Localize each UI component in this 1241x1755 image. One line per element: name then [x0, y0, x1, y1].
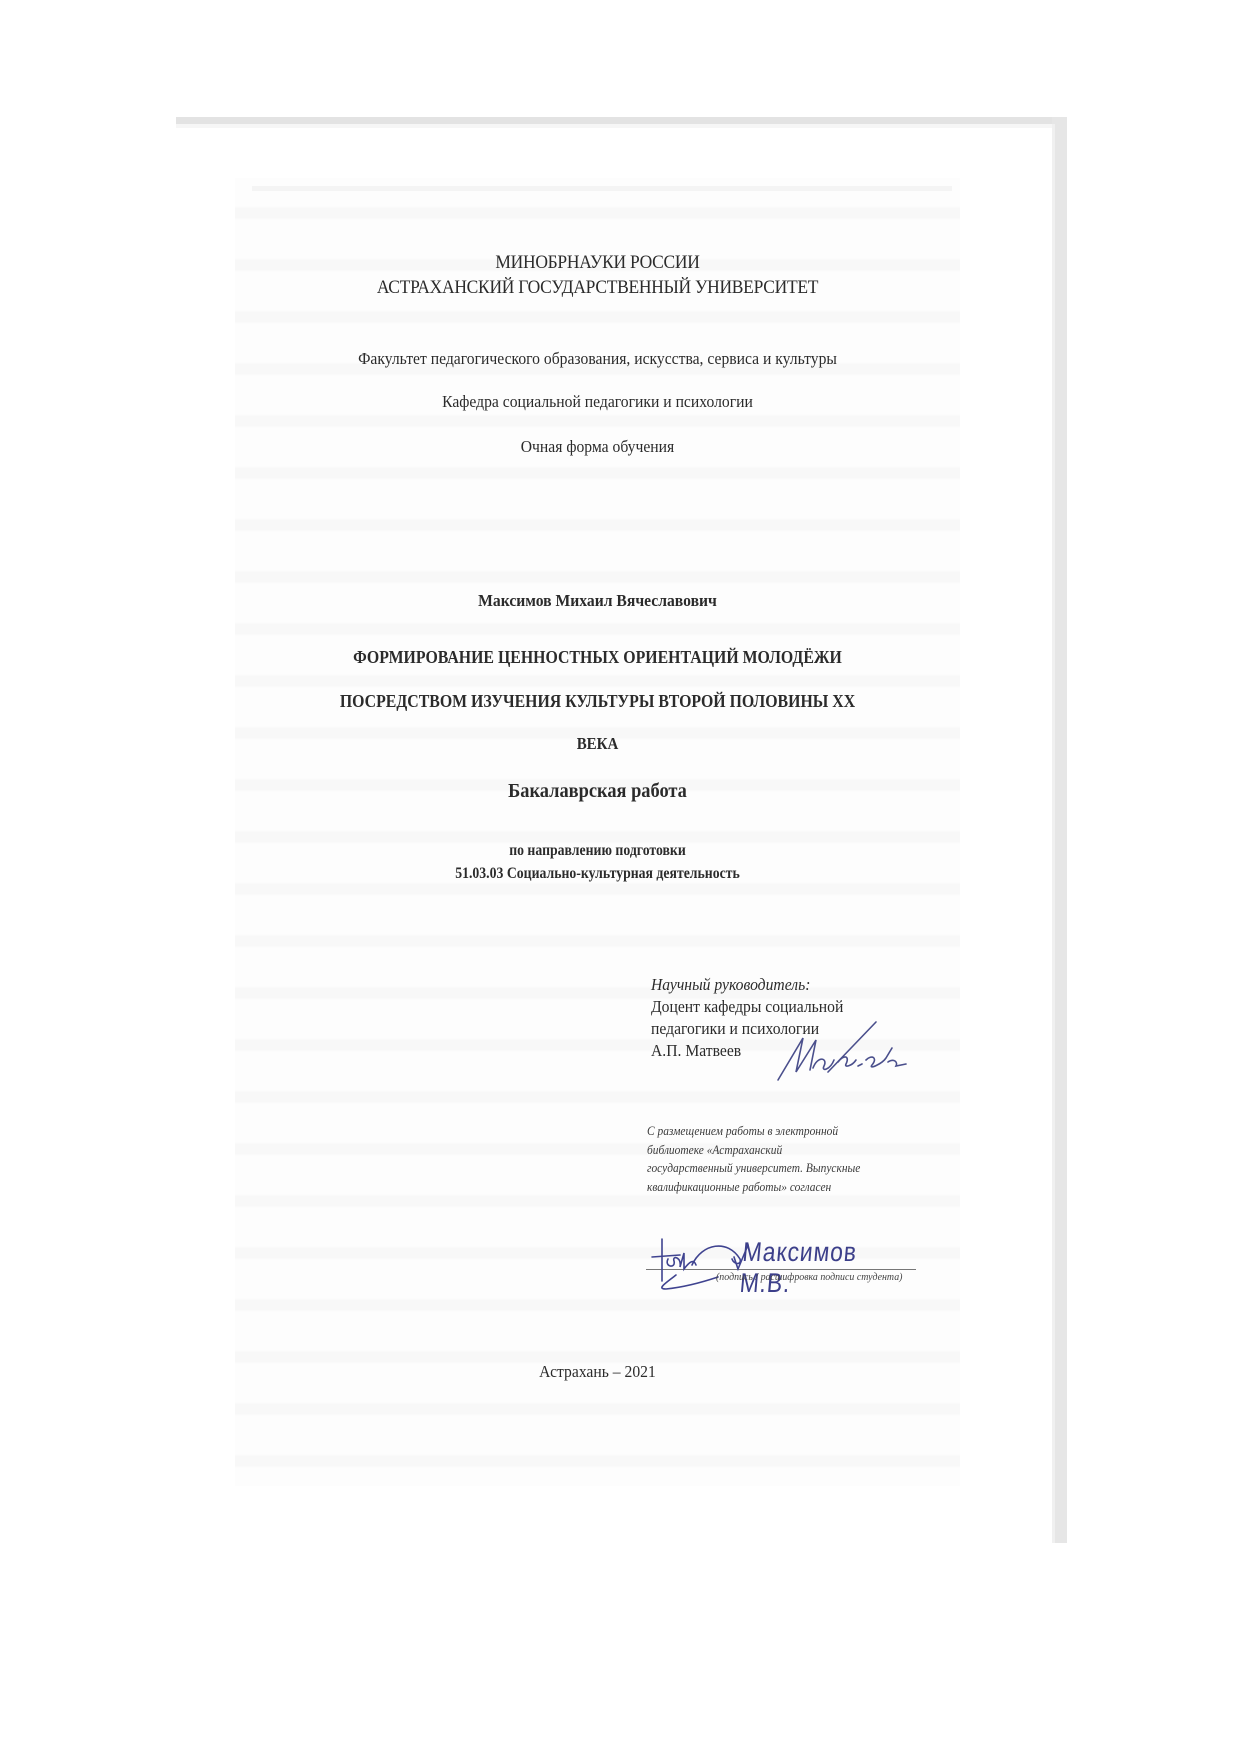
consent-line-2: библиотеке «Астраханский: [647, 1141, 860, 1160]
faculty-line: Факультет педагогического образования, и…: [264, 349, 931, 369]
signature-caption: (подпись / расшифровка подписи студента): [716, 1271, 902, 1283]
supervisor-role: Научный руководитель:: [651, 974, 843, 996]
consent-line-3: государственный университет. Выпускные: [647, 1159, 860, 1178]
study-form-line: Очная форма обучения: [264, 437, 931, 457]
supervisor-signature-icon: [758, 1010, 938, 1090]
thesis-title-line-3: ВЕКА: [279, 734, 917, 754]
university-heading: АСТРАХАНСКИЙ ГОСУДАРСТВЕННЫЙ УНИВЕРСИТЕТ: [264, 277, 931, 299]
thesis-title-line-2: ПОСРЕДСТВОМ ИЗУЧЕНИЯ КУЛЬТУРЫ ВТОРОЙ ПОЛ…: [279, 691, 917, 712]
consent-block: С размещением работы в электронной библи…: [647, 1122, 860, 1196]
student-handwritten-name: Максимов М.В.: [738, 1237, 915, 1299]
thesis-title-line-1: ФОРМИРОВАНИЕ ЦЕННОСТНЫХ ОРИЕНТАЦИЙ МОЛОД…: [279, 647, 917, 668]
scan-bleed-line: [252, 186, 952, 191]
ministry-heading: МИНОБРНАУКИ РОССИИ: [264, 252, 931, 274]
department-line: Кафедра социальной педагогики и психолог…: [264, 392, 931, 412]
student-signature-block: Максимов М.В. (подпись / расшифровка под…: [646, 1235, 946, 1295]
page-frame-shadow: [176, 124, 1052, 128]
city-year: Астрахань – 2021: [264, 1362, 931, 1382]
consent-line-1: С размещением работы в электронной: [647, 1122, 860, 1141]
consent-line-4: квалификационные работы» согласен: [647, 1178, 860, 1197]
author-name: Максимов Михаил Вячеславович: [264, 591, 931, 611]
page-frame-top: [176, 117, 1067, 124]
page-frame-right-inner: [1052, 124, 1055, 1543]
direction-value: 51.03.03 Социально-культурная деятельнос…: [286, 865, 910, 883]
direction-label: по направлению подготовки: [286, 842, 910, 860]
work-type: Бакалаврская работа: [264, 780, 931, 803]
